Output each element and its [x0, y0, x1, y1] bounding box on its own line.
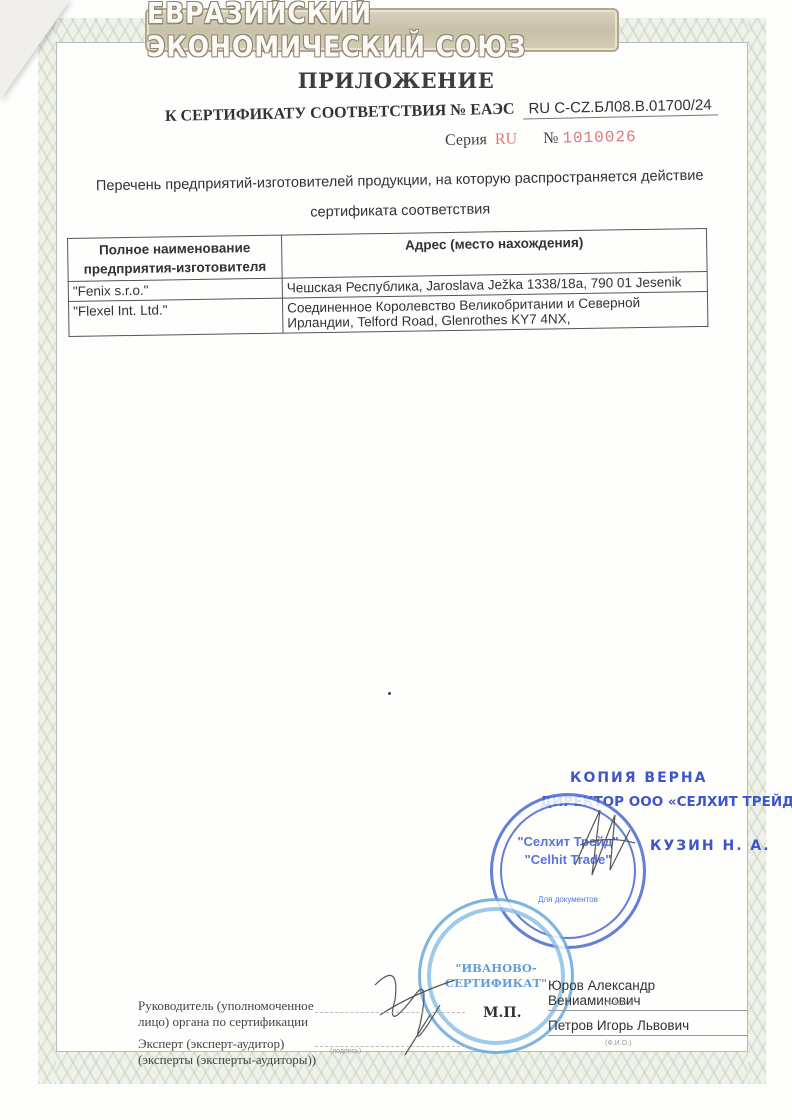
- intro-text: Перечень предприятий-изготовителей проду…: [80, 160, 721, 231]
- expert-label: Эксперт (эксперт-аудитор) (эксперты (экс…: [138, 1036, 316, 1068]
- header-manufacturer-name: Полное наименование предприятия-изготови…: [68, 235, 283, 281]
- eaeu-banner: ЕВРАЗИЙСКИЙ ЭКОНОМИЧЕСКИЙ СОЮЗ: [145, 8, 619, 52]
- copy-stamp-line-3: КУЗИН Н. А.: [650, 838, 771, 854]
- banner-text: ЕВРАЗИЙСКИЙ ЭКОНОМИЧЕСКИЙ СОЮЗ: [147, 0, 617, 63]
- blank-number: 1010026: [562, 128, 637, 148]
- header-address: Адрес (место нахождения): [281, 228, 707, 278]
- number-label: №: [543, 130, 559, 147]
- head-signature: [360, 955, 470, 1065]
- head-signature-line: [315, 1012, 465, 1013]
- head-label: Руководитель (уполномоченное лицо) орган…: [138, 998, 314, 1030]
- certificate-number: RU C-CZ.БЛ08.В.01700/24: [522, 96, 717, 119]
- expert-fio-caption: (Ф.И.О.): [605, 1040, 631, 1047]
- head-label-line-2: лицо) органа по сертификации: [138, 1014, 314, 1030]
- document-title: ПРИЛОЖЕНИЕ: [0, 68, 792, 93]
- manufacturer-name: "Flexel Int. Ltd.": [68, 298, 283, 336]
- guilloche-border-right: [748, 18, 766, 1084]
- expert-label-line-1: Эксперт (эксперт-аудитор): [138, 1036, 316, 1052]
- series-value: RU: [495, 130, 518, 147]
- head-name: Юров Александр Вениаминович: [548, 978, 748, 1011]
- manufacturer-address: Соединенное Королевство Великобритании и…: [282, 291, 707, 333]
- seal-place-label: М.П.: [483, 1005, 521, 1021]
- series-label: Серия: [445, 131, 487, 149]
- copy-stamp-line-1: КОПИЯ ВЕРНА: [570, 770, 707, 786]
- expert-label-line-2: (эксперты (эксперты-аудиторы)): [138, 1052, 316, 1068]
- expert-signature-line: [315, 1046, 465, 1047]
- seal-note: Для документов: [538, 891, 598, 909]
- head-fio-caption: (Ф.И.О.): [605, 1000, 631, 1007]
- signature-caption: (подпись): [330, 1048, 361, 1055]
- director-signature: [570, 805, 640, 885]
- guilloche-border-left: [38, 18, 56, 1084]
- manufacturers-table: Полное наименование предприятия-изготови…: [67, 228, 708, 337]
- head-label-line-1: Руководитель (уполномоченное: [138, 998, 314, 1014]
- expert-name: Петров Игорь Львович: [548, 1018, 748, 1036]
- speck: [388, 692, 391, 695]
